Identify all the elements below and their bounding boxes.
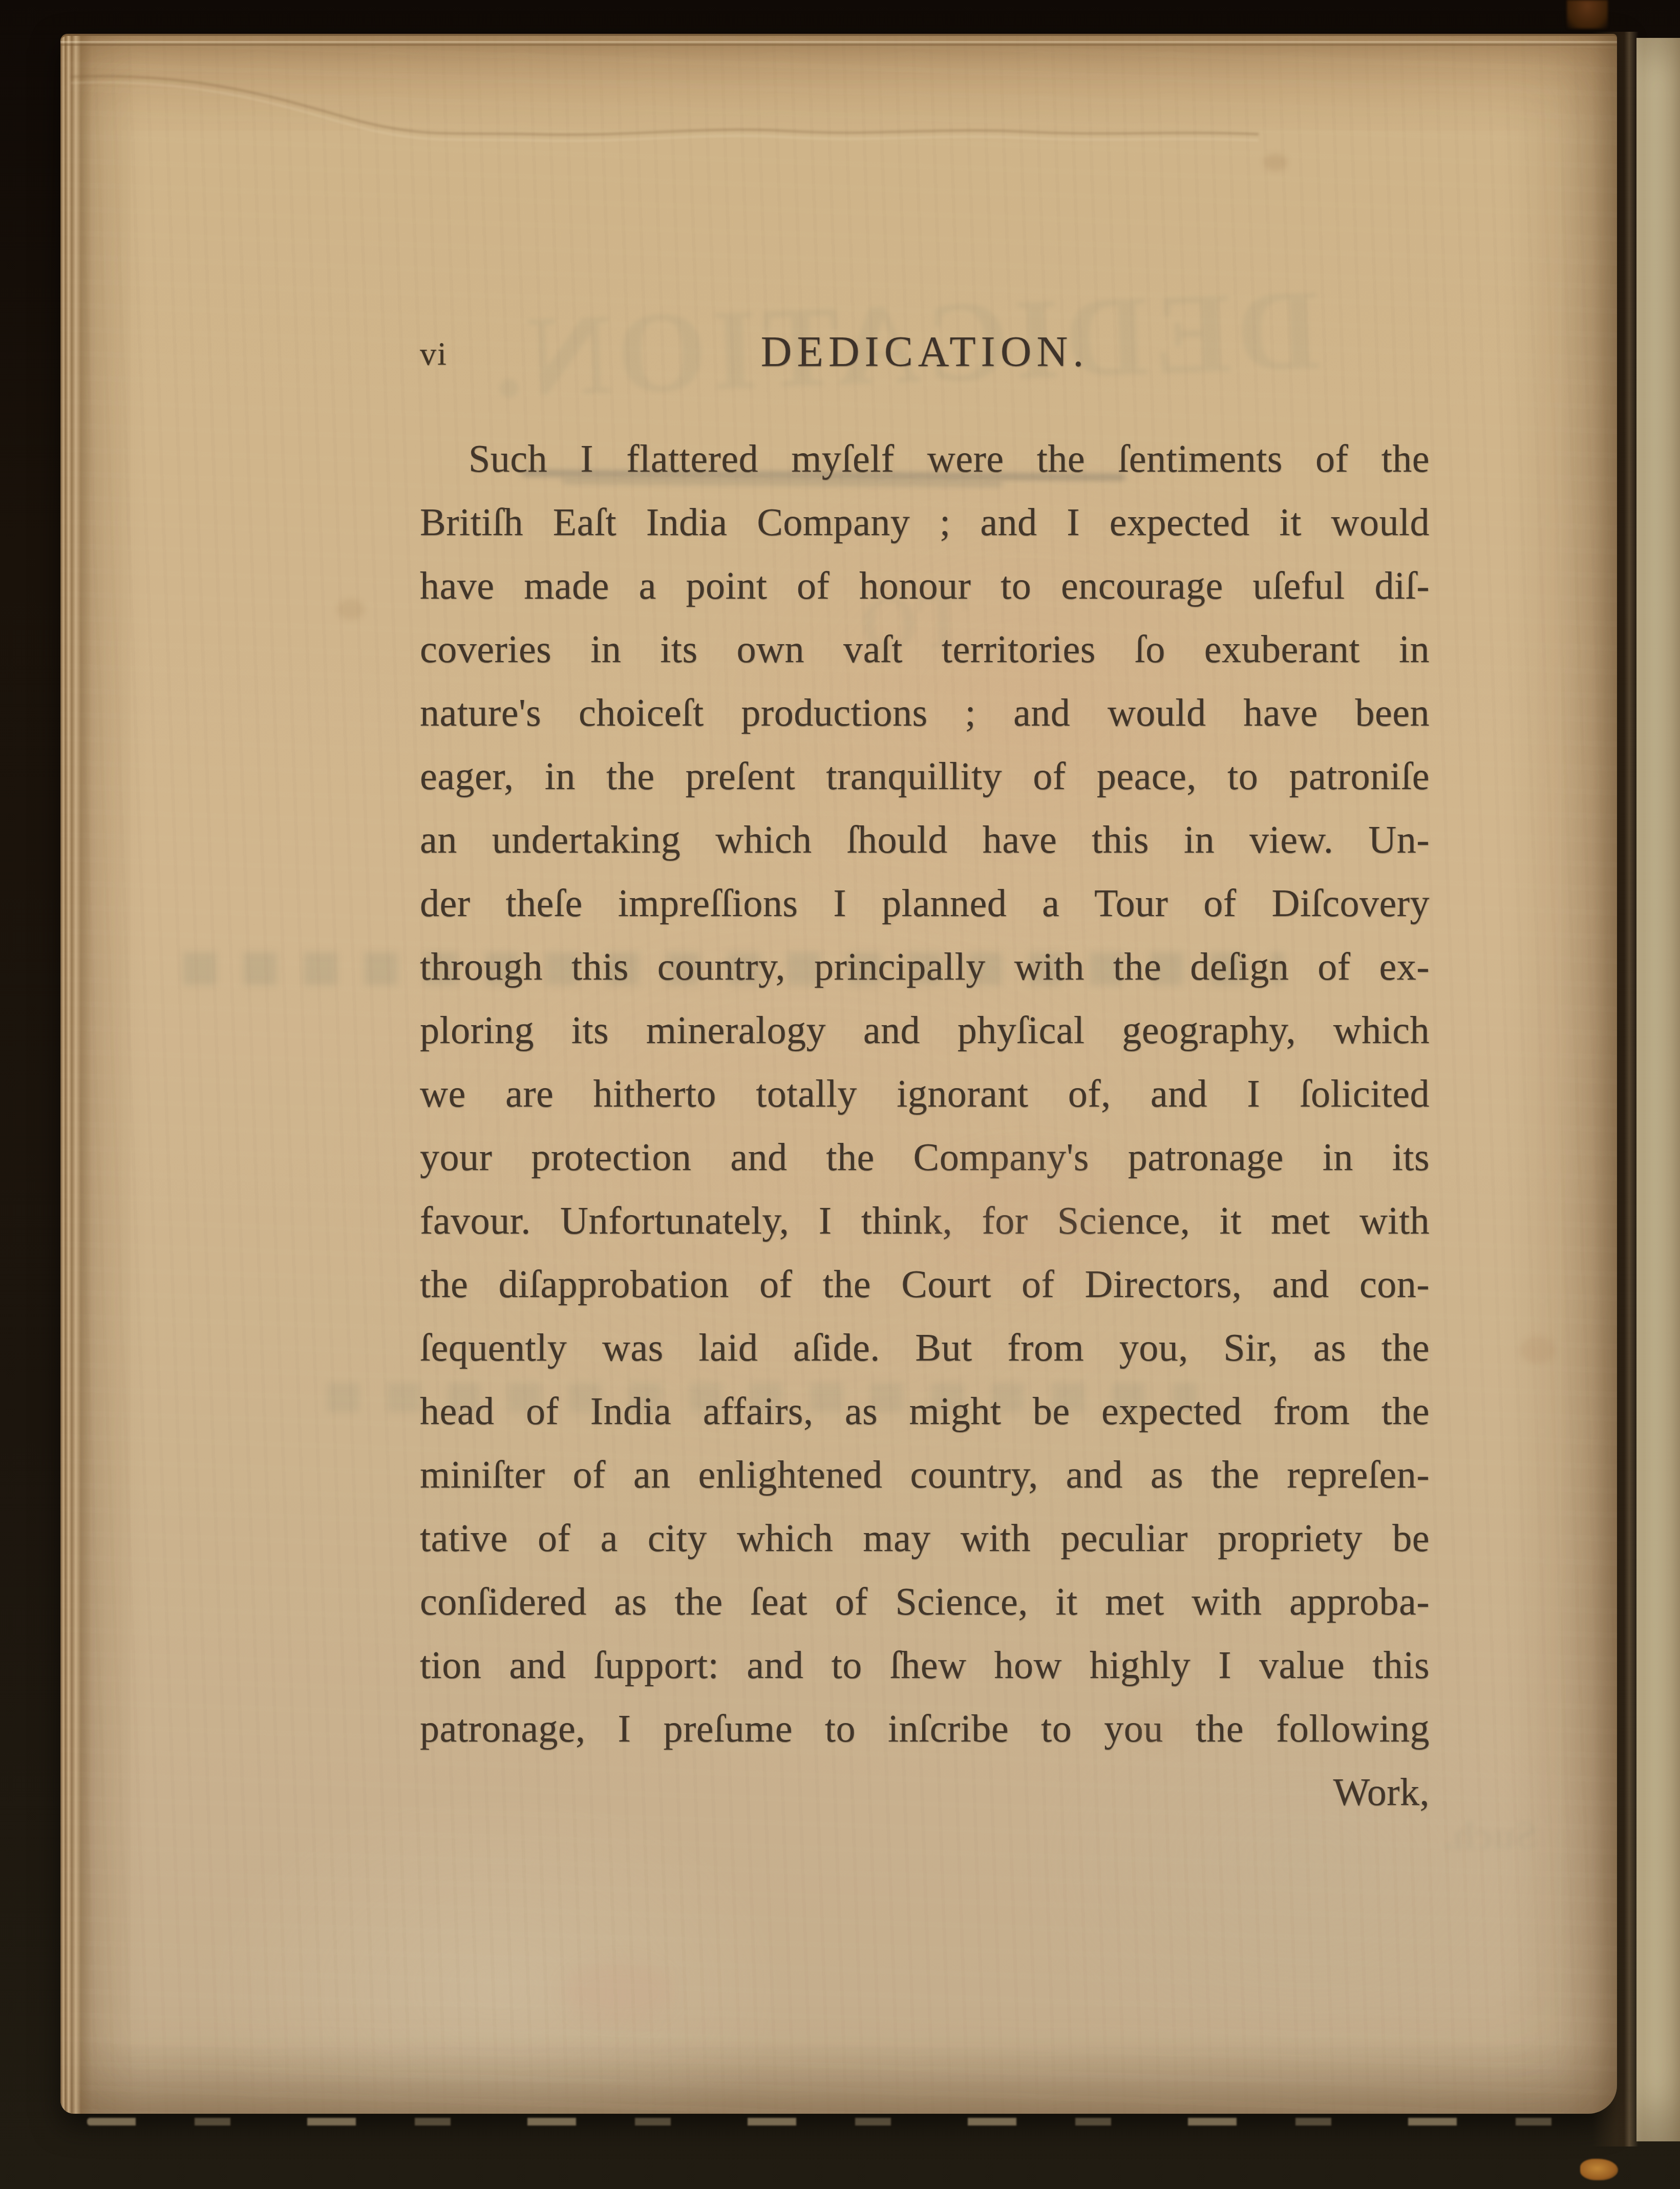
foxing-spot <box>1264 154 1287 171</box>
page-header: vi DEDICATION. <box>420 321 1430 377</box>
dedication-paragraph: Such I flattered myſelf were the ſentime… <box>420 427 1430 1824</box>
book-page: DEDICATION. TO Such. vi DEDICATION. Such… <box>60 34 1617 2114</box>
text-line: patronage, I preſume to inſcribe to you … <box>420 1697 1430 1760</box>
text-line: coveries in its own vaſt territories ſo … <box>420 618 1430 681</box>
text-line: Such I flattered myſelf were the ſentime… <box>420 427 1430 491</box>
text-line: through this country, principally with t… <box>420 935 1430 998</box>
foxing-spot <box>337 599 365 620</box>
foxing-spot <box>1520 1336 1556 1363</box>
text-line: favour. Unfortunately, I think, for Scie… <box>420 1189 1430 1252</box>
book-scan-photo: DEDICATION. TO Such. vi DEDICATION. Such… <box>0 0 1680 2189</box>
stacked-page-edges <box>60 36 108 2114</box>
text-line: we are hitherto totally ignorant of, and… <box>420 1062 1430 1125</box>
text-line: the diſapprobation of the Court of Direc… <box>420 1252 1430 1316</box>
text-line: have made a point of honour to encourage… <box>420 554 1430 618</box>
page-top-edge <box>60 41 1617 46</box>
text-line: Britiſh Eaſt India Company ; and I expec… <box>420 491 1430 554</box>
paper-stain <box>562 1961 675 2023</box>
text-line: an undertaking which ſhould have this in… <box>420 808 1430 872</box>
text-line: der theſe impreſſions I planned a Tour o… <box>420 872 1430 935</box>
text-line: tative of a city which may with peculiar… <box>420 1506 1430 1570</box>
text-line: head of India affairs, as might be expec… <box>420 1379 1430 1443</box>
text-line: nature's choiceſt productions ; and woul… <box>420 681 1430 745</box>
top-binding-notch <box>1567 0 1608 29</box>
adjacent-page-edge <box>1636 38 1680 2141</box>
text-line: tion and ſupport: and to ſhew how highly… <box>420 1633 1430 1697</box>
text-line: eager, in the preſent tranquillity of pe… <box>420 745 1430 808</box>
underlying-page-edge <box>87 2118 1562 2126</box>
text-line: ſequently was laid aſide. But from you, … <box>420 1316 1430 1379</box>
binding-fragment <box>1580 2159 1618 2180</box>
paper-wrinkle <box>60 36 1289 200</box>
closing-word: Work, <box>420 1760 1430 1824</box>
page-title: DEDICATION. <box>420 327 1430 377</box>
text-line: your protection and the Company's patron… <box>420 1125 1430 1189</box>
text-line: miniſter of an enlightened country, and … <box>420 1443 1430 1506</box>
showthrough-such-text: Such. <box>1442 1812 1538 1859</box>
text-line: conſidered as the ſeat of Science, it me… <box>420 1570 1430 1633</box>
text-line: ploring its mineralogy and phyſical geog… <box>420 998 1430 1062</box>
